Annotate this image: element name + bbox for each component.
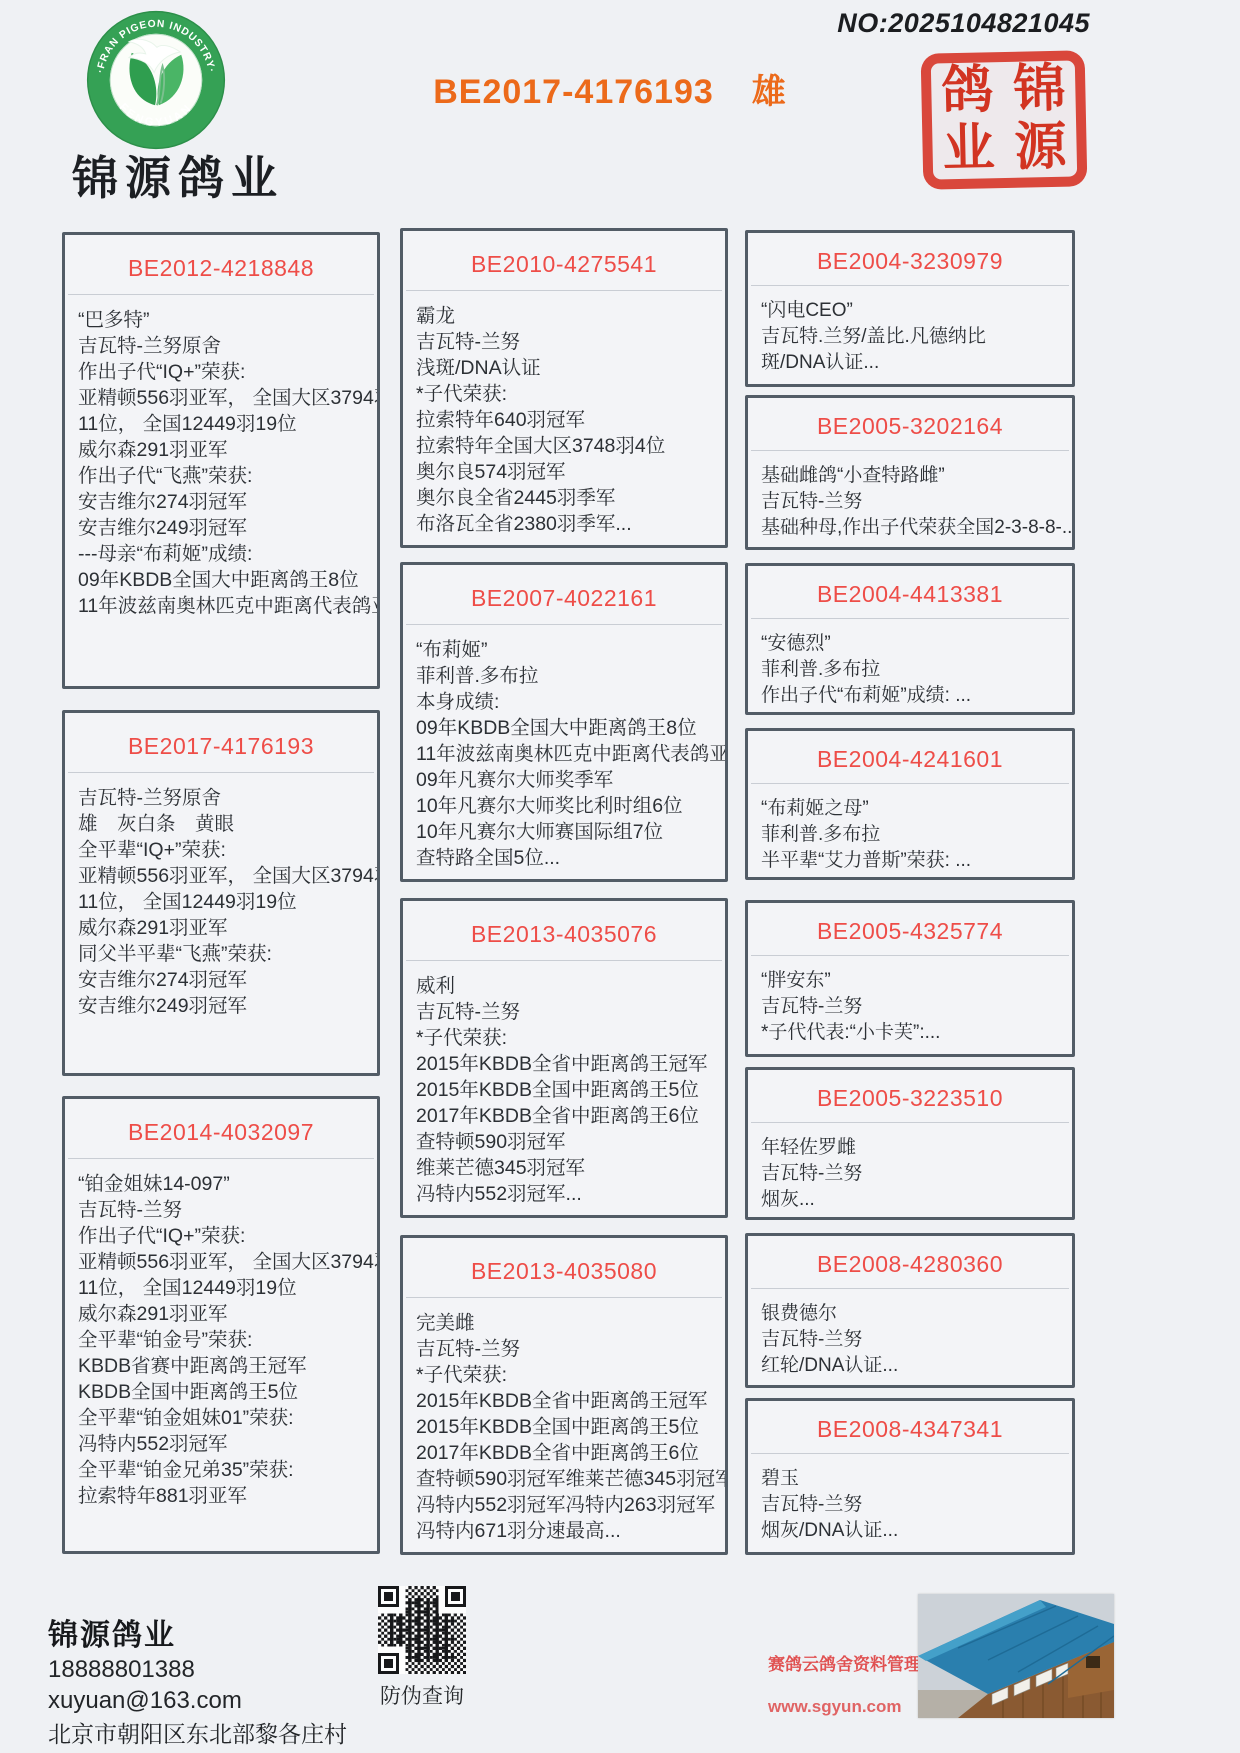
pigeon-loft-photo	[918, 1594, 1114, 1718]
loft-seal-stamp: 鸽 锦 业 源	[921, 50, 1088, 189]
pedigree-certificate: NO:2025104821045 ·FRAN PIGEON INDUSTRY· …	[0, 0, 1240, 1753]
pedigree-line: 烟灰...	[761, 1187, 1066, 1213]
pedigree-details: 威利吉瓦特-兰努*子代荣获:2015年KBDB全省中距离鸽王冠军2015年KBD…	[403, 961, 725, 1215]
pedigree-line: 本身成绩:	[416, 689, 719, 715]
qr-caption: 防伪查询	[372, 1680, 472, 1710]
pedigree-line: 亚精顿556羽亚军， 全国大区3794羽	[78, 863, 371, 889]
pedigree-line: 菲利普.多布拉	[761, 822, 1066, 848]
pedigree-line: 半平辈“艾力普斯”荣获: ...	[761, 848, 1066, 874]
seal-char: 源	[1004, 118, 1077, 177]
ring-number: BE2013-4035080	[406, 1238, 722, 1298]
pedigree-details: “闪电CEO”吉瓦特.兰努/盖比.凡德纳比斑/DNA认证...	[748, 286, 1072, 384]
pedigree-line: “闪电CEO”	[761, 298, 1066, 324]
pedigree-line: 冯特内552羽冠军冯特内263羽冠军	[416, 1492, 719, 1518]
ring-number: BE2013-4035076	[406, 901, 722, 961]
pedigree-line: 碧玉	[761, 1466, 1066, 1492]
pedigree-line: 烟灰/DNA认证...	[761, 1518, 1066, 1544]
pedigree-line: ---母亲“布莉姬”成绩:	[78, 541, 371, 567]
pedigree-line: *子代代表:“小卡芙”:...	[761, 1020, 1066, 1046]
pedigree-details: 完美雌吉瓦特-兰努*子代荣获:2015年KBDB全省中距离鸽王冠军2015年KB…	[403, 1298, 725, 1552]
pedigree-line: 吉瓦特-兰努	[761, 1161, 1066, 1187]
pedigree-line: 拉索特年640羽冠军	[416, 407, 719, 433]
pedigree-line: 全平辈“铂金兄弟35”荣获:	[78, 1457, 371, 1483]
pedigree-details: 霸龙吉瓦特-兰努浅斑/DNA认证*子代荣获:拉索特年640羽冠军拉索特年全国大区…	[403, 291, 725, 545]
ring-number: BE2010-4275541	[406, 231, 722, 291]
pedigree-box: BE2008-4280360 银费德尔吉瓦特-兰努红轮/DNA认证...	[745, 1233, 1075, 1388]
anti-fake-qr-code	[378, 1586, 466, 1674]
pedigree-line: 基础种母,作出子代荣获全国2-3-8-8-...	[761, 515, 1066, 541]
pedigree-line: 作出子代“IQ+”荣获:	[78, 1223, 371, 1249]
pedigree-line: 拉索特年881羽亚军	[78, 1483, 371, 1509]
pedigree-line: 威尔森291羽亚军	[78, 1301, 371, 1327]
pedigree-line: 威尔森291羽亚军	[78, 437, 371, 463]
pedigree-line: 冯特内552羽冠军...	[416, 1181, 719, 1207]
pedigree-line: 2015年KBDB全国中距离鸽王5位	[416, 1077, 719, 1103]
pedigree-line: 查特顿590羽冠军	[416, 1129, 719, 1155]
pedigree-box: BE2004-3230979 “闪电CEO”吉瓦特.兰努/盖比.凡德纳比斑/DN…	[745, 230, 1075, 387]
seal-char: 鸽	[931, 62, 1004, 121]
pedigree-line: 11位， 全国12449羽19位	[78, 889, 371, 915]
loft-name: 锦源鸽业	[72, 142, 284, 208]
pedigree-line: 查特顿590羽冠军维莱芒德345羽冠军	[416, 1466, 719, 1492]
ring-number: BE2014-4032097	[68, 1099, 374, 1159]
pedigree-details: 年轻佐罗雌吉瓦特-兰努烟灰...	[748, 1123, 1072, 1220]
pedigree-line: 10年凡赛尔大师奖比利时组6位	[416, 793, 719, 819]
pedigree-box: BE2005-3202164 基础雌鸽“小查特路雌”吉瓦特-兰努基础种母,作出子…	[745, 395, 1075, 550]
pedigree-line: 同父半平辈“飞燕”荣获:	[78, 941, 371, 967]
pedigree-line: 全平辈“铂金姐妹01”荣获:	[78, 1405, 371, 1431]
pedigree-box: BE2013-4035080 完美雌吉瓦特-兰努*子代荣获:2015年KBDB全…	[400, 1235, 728, 1555]
pedigree-line: 冯特内552羽冠军	[78, 1431, 371, 1457]
ring-number: BE2005-4325774	[751, 903, 1069, 956]
pedigree-line: 布洛瓦全省2380羽季军...	[416, 511, 719, 537]
footer-email: xuyuan@163.com	[48, 1687, 242, 1715]
pedigree-line: *子代荣获:	[416, 1025, 719, 1051]
ring-number: BE2005-3223510	[751, 1070, 1069, 1123]
pedigree-line: 11位， 全国12449羽19位	[78, 1275, 371, 1301]
pedigree-line: 安吉维尔249羽冠军	[78, 993, 371, 1019]
pedigree-line: 吉瓦特-兰努	[416, 1336, 719, 1362]
pedigree-details: 基础雌鸽“小查特路雌”吉瓦特-兰努基础种母,作出子代荣获全国2-3-8-8-..…	[748, 451, 1072, 549]
pedigree-line: *子代荣获:	[416, 381, 719, 407]
pedigree-line: 吉瓦特-兰努原舍	[78, 333, 371, 359]
pedigree-line: “巴多特”	[78, 307, 371, 333]
pedigree-details: 碧玉吉瓦特-兰努烟灰/DNA认证...	[748, 1454, 1072, 1552]
pedigree-line: 吉瓦特-兰努	[761, 1327, 1066, 1353]
pedigree-line: 年轻佐罗雌	[761, 1135, 1066, 1161]
pedigree-details: “安德烈”菲利普.多布拉作出子代“布莉姬”成绩: ...	[748, 619, 1072, 715]
pedigree-line: 银费德尔	[761, 1301, 1066, 1327]
ring-number: BE2017-4176193	[68, 713, 374, 773]
pedigree-box: BE2005-4325774 “胖安东”吉瓦特-兰努*子代代表:“小卡芙”:..…	[745, 900, 1075, 1057]
pedigree-box: BE2008-4347341 碧玉吉瓦特-兰努烟灰/DNA认证...	[745, 1398, 1075, 1555]
pedigree-line: 亚精顿556羽亚军， 全国大区3794羽	[78, 1249, 371, 1275]
pedigree-line: 11年波兹南奥林匹克中距离代表鸽亚军	[78, 593, 371, 619]
pedigree-line: 基础雌鸽“小查特路雌”	[761, 463, 1066, 489]
pedigree-line: 09年凡赛尔大师奖季军	[416, 767, 719, 793]
certificate-number: NO:2025104821045	[837, 8, 1090, 39]
pedigree-line: 拉索特年全国大区3748羽4位	[416, 433, 719, 459]
pedigree-box: BE2014-4032097 “铂金姐妹14-097”吉瓦特-兰努作出子代“IQ…	[62, 1096, 380, 1554]
pedigree-line: 菲利普.多布拉	[761, 657, 1066, 683]
pedigree-details: “胖安东”吉瓦特-兰努*子代代表:“小卡芙”:...	[748, 956, 1072, 1054]
pedigree-box: BE2010-4275541 霸龙吉瓦特-兰努浅斑/DNA认证*子代荣获:拉索特…	[400, 228, 728, 548]
pedigree-box: BE2013-4035076 威利吉瓦特-兰努*子代荣获:2015年KBDB全省…	[400, 898, 728, 1218]
pedigree-line: 作出子代“布莉姬”成绩: ...	[761, 683, 1066, 709]
pedigree-line: 2017年KBDB全省中距离鸽王6位	[416, 1103, 719, 1129]
pedigree-line: 作出子代“IQ+”荣获:	[78, 359, 371, 385]
pedigree-line: 吉瓦特-兰努	[761, 489, 1066, 515]
ring-number: BE2004-4241601	[751, 731, 1069, 784]
ring-number: BE2008-4347341	[751, 1401, 1069, 1454]
pedigree-details: “铂金姐妹14-097”吉瓦特-兰努作出子代“IQ+”荣获:亚精顿556羽亚军，…	[65, 1159, 377, 1517]
pedigree-line: 作出子代“飞燕”荣获:	[78, 463, 371, 489]
pedigree-line: 吉瓦特.兰努/盖比.凡德纳比	[761, 324, 1066, 350]
pedigree-line: 10年凡赛尔大师赛国际组7位	[416, 819, 719, 845]
pedigree-line: 吉瓦特-兰努原舍	[78, 785, 371, 811]
pedigree-line: “胖安东”	[761, 968, 1066, 994]
pedigree-line: 维莱芒德345羽冠军	[416, 1155, 719, 1181]
pedigree-line: “安德烈”	[761, 631, 1066, 657]
pedigree-details: 吉瓦特-兰努原舍雄 灰白条 黄眼全平辈“IQ+”荣获:亚精顿556羽亚军， 全国…	[65, 773, 377, 1027]
pedigree-line: 吉瓦特-兰努	[416, 999, 719, 1025]
pedigree-line: 全平辈“铂金号”荣获:	[78, 1327, 371, 1353]
footer-phone: 18888801388	[48, 1656, 195, 1684]
pedigree-box: BE2004-4241601 “布莉姬之母”菲利普.多布拉半平辈“艾力普斯”荣获…	[745, 728, 1075, 880]
pedigree-box: BE2017-4176193 吉瓦特-兰努原舍雄 灰白条 黄眼全平辈“IQ+”荣…	[62, 710, 380, 1076]
footer-address: 北京市朝阳区东北部黎各庄村	[48, 1716, 347, 1749]
pedigree-line: KBDB省赛中距离鸽王冠军	[78, 1353, 371, 1379]
pedigree-box: BE2004-4413381 “安德烈”菲利普.多布拉作出子代“布莉姬”成绩: …	[745, 563, 1075, 715]
seal-char: 业	[932, 120, 1005, 179]
subject-sex: 雄	[752, 73, 787, 111]
ring-number: BE2004-3230979	[751, 233, 1069, 286]
website-url: www.sgyun.com	[768, 1697, 902, 1717]
pedigree-line: 吉瓦特-兰努	[761, 1492, 1066, 1518]
pedigree-line: “布莉姬之母”	[761, 796, 1066, 822]
pedigree-line: 亚精顿556羽亚军， 全国大区3794羽	[78, 385, 371, 411]
pedigree-line: 2017年KBDB全省中距离鸽王6位	[416, 1440, 719, 1466]
subject-ring-number: BE2017-4176193	[433, 73, 714, 111]
pedigree-line: 菲利普.多布拉	[416, 663, 719, 689]
pedigree-line: 09年KBDB全国大中距离鸽王8位	[78, 567, 371, 593]
pedigree-line: 威尔森291羽亚军	[78, 915, 371, 941]
pedigree-line: 红轮/DNA认证...	[761, 1353, 1066, 1379]
pedigree-line: 浅斑/DNA认证	[416, 355, 719, 381]
pedigree-line: “铂金姐妹14-097”	[78, 1171, 371, 1197]
pedigree-line: “布莉姬”	[416, 637, 719, 663]
pedigree-line: 安吉维尔274羽冠军	[78, 967, 371, 993]
pedigree-line: 威利	[416, 973, 719, 999]
pedigree-box: BE2007-4022161 “布莉姬”菲利普.多布拉本身成绩:09年KBDB全…	[400, 562, 728, 882]
pedigree-line: 2015年KBDB全国中距离鸽王5位	[416, 1414, 719, 1440]
ring-number: BE2005-3202164	[751, 398, 1069, 451]
pedigree-line: 吉瓦特-兰努	[78, 1197, 371, 1223]
pedigree-line: 吉瓦特-兰努	[416, 329, 719, 355]
pedigree-line: *子代荣获:	[416, 1362, 719, 1388]
seal-char: 锦	[1003, 61, 1076, 120]
pedigree-line: KBDB全国中距离鸽王5位	[78, 1379, 371, 1405]
pedigree-line: 奥尔良574羽冠军	[416, 459, 719, 485]
pedigree-box: BE2012-4218848 “巴多特”吉瓦特-兰努原舍作出子代“IQ+”荣获:…	[62, 232, 380, 689]
pedigree-line: 2015年KBDB全省中距离鸽王冠军	[416, 1388, 719, 1414]
pedigree-line: 斑/DNA认证...	[761, 350, 1066, 376]
pedigree-line: 安吉维尔274羽冠军	[78, 489, 371, 515]
pedigree-line: 雄 灰白条 黄眼	[78, 811, 371, 837]
pedigree-line: 安吉维尔249羽冠军	[78, 515, 371, 541]
pedigree-details: “布莉姬”菲利普.多布拉本身成绩:09年KBDB全国大中距离鸽王8位11年波兹南…	[403, 625, 725, 879]
ring-number: BE2007-4022161	[406, 565, 722, 625]
subject-ring-title: BE2017-4176193雄	[400, 64, 820, 113]
pedigree-line: 冯特内671羽分速最高...	[416, 1518, 719, 1544]
pedigree-line: 吉瓦特-兰努	[761, 994, 1066, 1020]
pedigree-line: 奥尔良全省2445羽季军	[416, 485, 719, 511]
pedigree-line: 11年波兹南奥林匹克中距离代表鸽亚军	[416, 741, 719, 767]
loft-logo-icon: ·FRAN PIGEON INDUSTRY· FENGYUAN	[86, 10, 226, 150]
pedigree-details: “布莉姬之母”菲利普.多布拉半平辈“艾力普斯”荣获: ...	[748, 784, 1072, 880]
pedigree-line: 霸龙	[416, 303, 719, 329]
pedigree-line: 完美雌	[416, 1310, 719, 1336]
pedigree-details: “巴多特”吉瓦特-兰努原舍作出子代“IQ+”荣获:亚精顿556羽亚军， 全国大区…	[65, 295, 377, 627]
pedigree-line: 11位， 全国12449羽19位	[78, 411, 371, 437]
pedigree-line: 查特路全国5位...	[416, 845, 719, 871]
pedigree-line: 全平辈“IQ+”荣获:	[78, 837, 371, 863]
pedigree-details: 银费德尔吉瓦特-兰努红轮/DNA认证...	[748, 1289, 1072, 1387]
ring-number: BE2008-4280360	[751, 1236, 1069, 1289]
pedigree-line: 2015年KBDB全省中距离鸽王冠军	[416, 1051, 719, 1077]
pedigree-box: BE2005-3223510 年轻佐罗雌吉瓦特-兰努烟灰...	[745, 1067, 1075, 1220]
pedigree-line: 09年KBDB全国大中距离鸽王8位	[416, 715, 719, 741]
ring-number: BE2012-4218848	[68, 235, 374, 295]
footer-loft-name: 锦源鸽业	[48, 1610, 176, 1654]
ring-number: BE2004-4413381	[751, 566, 1069, 619]
